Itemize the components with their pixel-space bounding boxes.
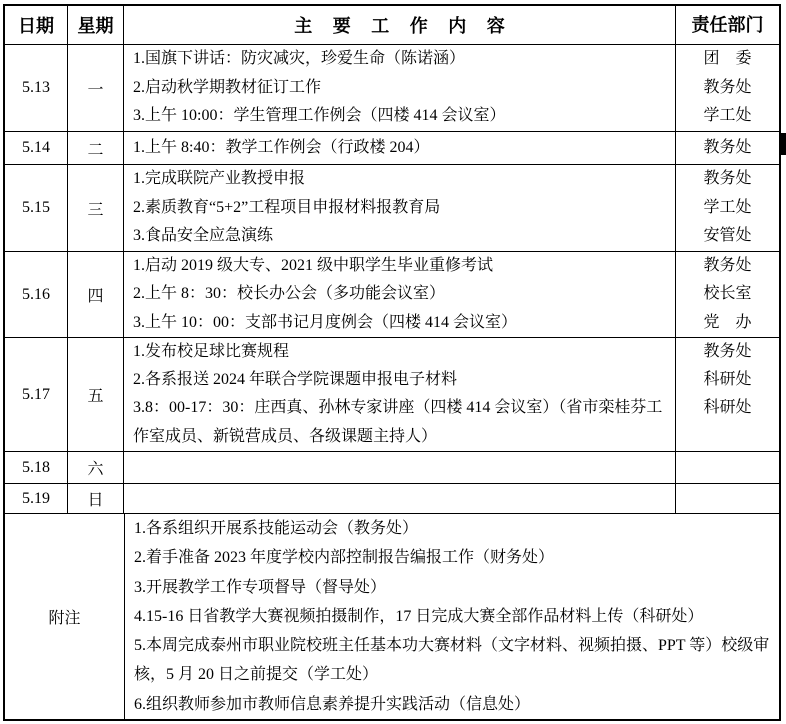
department-item: 安管处 xyxy=(676,222,779,251)
task-item: 1.发布校足球比赛规程 xyxy=(133,338,669,366)
notes-row: 附注 1.各系组织开展系技能运动会（教务处） 2.着手准备 2023 年度学校内… xyxy=(5,513,779,719)
task-item: 1.启动 2019 级大专、2021 级中职学生毕业重修考试 xyxy=(133,252,669,280)
content-cell: 1.国旗下讲话：防灾减灾，珍爱生命（陈诺涵） 2.启动秋学期教材征订工作 3.上… xyxy=(123,45,675,131)
task-item: 3.8：00-17：30：庄西真、孙林专家讲座（四楼 414 会议室）（省市栾桂… xyxy=(133,394,669,450)
table-row-5-15: 5.15 三 1.完成联院产业教授申报 2.素质教育“5+2”工程项目申报材料报… xyxy=(5,164,779,251)
department-item: 学工处 xyxy=(676,102,779,131)
department-item: 学工处 xyxy=(676,194,779,223)
weekday-cell: 二 xyxy=(67,132,123,164)
content-cell xyxy=(123,452,675,483)
content-cell: 1.发布校足球比赛规程 2.各系报送 2024 年联合学院课题申报电子材料 3.… xyxy=(123,338,675,451)
table-row-5-16: 5.16 四 1.启动 2019 级大专、2021 级中职学生毕业重修考试 2.… xyxy=(5,251,779,337)
note-item: 2.着手准备 2023 年度学校内部控制报告编报工作（财务处） xyxy=(134,543,771,572)
weekday-cell: 四 xyxy=(67,252,123,337)
department-cell: 教务处 校长室 党 办 xyxy=(675,252,779,337)
date-cell: 5.16 xyxy=(5,252,67,337)
task-item: 1.完成联院产业教授申报 xyxy=(133,165,669,194)
date-cell: 5.17 xyxy=(5,338,67,451)
note-item: 1.各系组织开展系技能运动会（教务处） xyxy=(134,514,771,543)
weekday-cell: 五 xyxy=(67,338,123,451)
date-cell: 5.15 xyxy=(5,165,67,251)
weekday-cell: 日 xyxy=(67,484,123,513)
task-item: 1.上午 8:40：教学工作例会（行政楼 204） xyxy=(133,132,669,164)
weekday-cell: 一 xyxy=(67,45,123,131)
task-item: 2.上午 8：30：校长办公会（多功能会议室） xyxy=(133,280,669,308)
department-item: 团 委 xyxy=(676,45,779,74)
task-item: 3.上午 10:00：学生管理工作例会（四楼 414 会议室） xyxy=(133,102,669,131)
note-item: 5.本周完成泰州市职业院校班主任基本功大赛材料（文字材料、视频拍摄、PPT 等）… xyxy=(134,631,771,690)
content-cell: 1.启动 2019 级大专、2021 级中职学生毕业重修考试 2.上午 8：30… xyxy=(123,252,675,337)
date-cell: 5.19 xyxy=(5,484,67,513)
content-cell: 1.上午 8:40：教学工作例会（行政楼 204） xyxy=(123,132,675,164)
task-item: 2.素质教育“5+2”工程项目申报材料报教育局 xyxy=(133,194,669,223)
edge-artifact xyxy=(779,133,786,155)
weekday-cell: 六 xyxy=(67,452,123,483)
department-item: 教务处 xyxy=(676,252,779,280)
department-cell xyxy=(675,484,779,513)
department-cell: 教务处 学工处 安管处 xyxy=(675,165,779,251)
table-row-5-14: 5.14 二 1.上午 8:40：教学工作例会（行政楼 204） 教务处 xyxy=(5,131,779,164)
schedule-table: 日期 星期 主 要 工 作 内 容 责任部门 5.13 一 1.国旗下讲话：防灾… xyxy=(3,4,781,721)
department-cell: 教务处 xyxy=(675,132,779,164)
date-cell: 5.14 xyxy=(5,132,67,164)
department-item: 教务处 xyxy=(676,165,779,194)
col-header-content: 主 要 工 作 内 容 xyxy=(123,6,675,44)
task-item: 1.国旗下讲话：防灾减灾，珍爱生命（陈诺涵） xyxy=(133,45,669,74)
weekday-cell: 三 xyxy=(67,165,123,251)
col-header-content-label: 主 要 工 作 内 容 xyxy=(286,12,513,38)
date-cell: 5.18 xyxy=(5,452,67,483)
task-item: 2.各系报送 2024 年联合学院课题申报电子材料 xyxy=(133,366,669,394)
notes-label: 附注 xyxy=(5,514,124,719)
table-row-5-17: 5.17 五 1.发布校足球比赛规程 2.各系报送 2024 年联合学院课题申报… xyxy=(5,337,779,451)
date-cell: 5.13 xyxy=(5,45,67,131)
department-item: 党 办 xyxy=(676,309,779,337)
department-item: 教务处 xyxy=(676,132,779,164)
note-item: 3.开展教学工作专项督导（督导处） xyxy=(134,573,771,602)
department-cell xyxy=(675,452,779,483)
col-header-department: 责任部门 xyxy=(675,6,779,44)
department-item: 教务处 xyxy=(676,74,779,103)
note-item: 4.15-16 日省教学大赛视频拍摄制作，17 日完成大赛全部作品材料上传（科研… xyxy=(134,602,771,631)
content-cell xyxy=(123,484,675,513)
task-item: 2.启动秋学期教材征订工作 xyxy=(133,74,669,103)
table-row-5-13: 5.13 一 1.国旗下讲话：防灾减灾，珍爱生命（陈诺涵） 2.启动秋学期教材征… xyxy=(5,44,779,131)
department-item: 校长室 xyxy=(676,280,779,308)
content-cell: 1.完成联院产业教授申报 2.素质教育“5+2”工程项目申报材料报教育局 3.食… xyxy=(123,165,675,251)
notes-content-cell: 1.各系组织开展系技能运动会（教务处） 2.着手准备 2023 年度学校内部控制… xyxy=(124,514,779,719)
department-cell: 教务处 科研处 科研处 xyxy=(675,338,779,451)
department-cell: 团 委 教务处 学工处 xyxy=(675,45,779,131)
task-item: 3.上午 10：00：支部书记月度例会（四楼 414 会议室） xyxy=(133,309,669,337)
note-item: 6.组织教师参加市教师信息素养提升实践活动（信息处） xyxy=(134,690,771,719)
table-row-5-19: 5.19 日 xyxy=(5,483,779,513)
task-item: 3.食品安全应急演练 xyxy=(133,222,669,251)
col-header-weekday: 星期 xyxy=(67,6,123,44)
department-item: 科研处 xyxy=(676,394,779,422)
col-header-date: 日期 xyxy=(5,6,67,44)
table-row-5-18: 5.18 六 xyxy=(5,451,779,483)
department-item: 科研处 xyxy=(676,366,779,394)
department-item: 教务处 xyxy=(676,338,779,366)
weekly-schedule-document: 日期 星期 主 要 工 作 内 容 责任部门 5.13 一 1.国旗下讲话：防灾… xyxy=(0,0,786,724)
header-row: 日期 星期 主 要 工 作 内 容 责任部门 xyxy=(5,6,779,44)
